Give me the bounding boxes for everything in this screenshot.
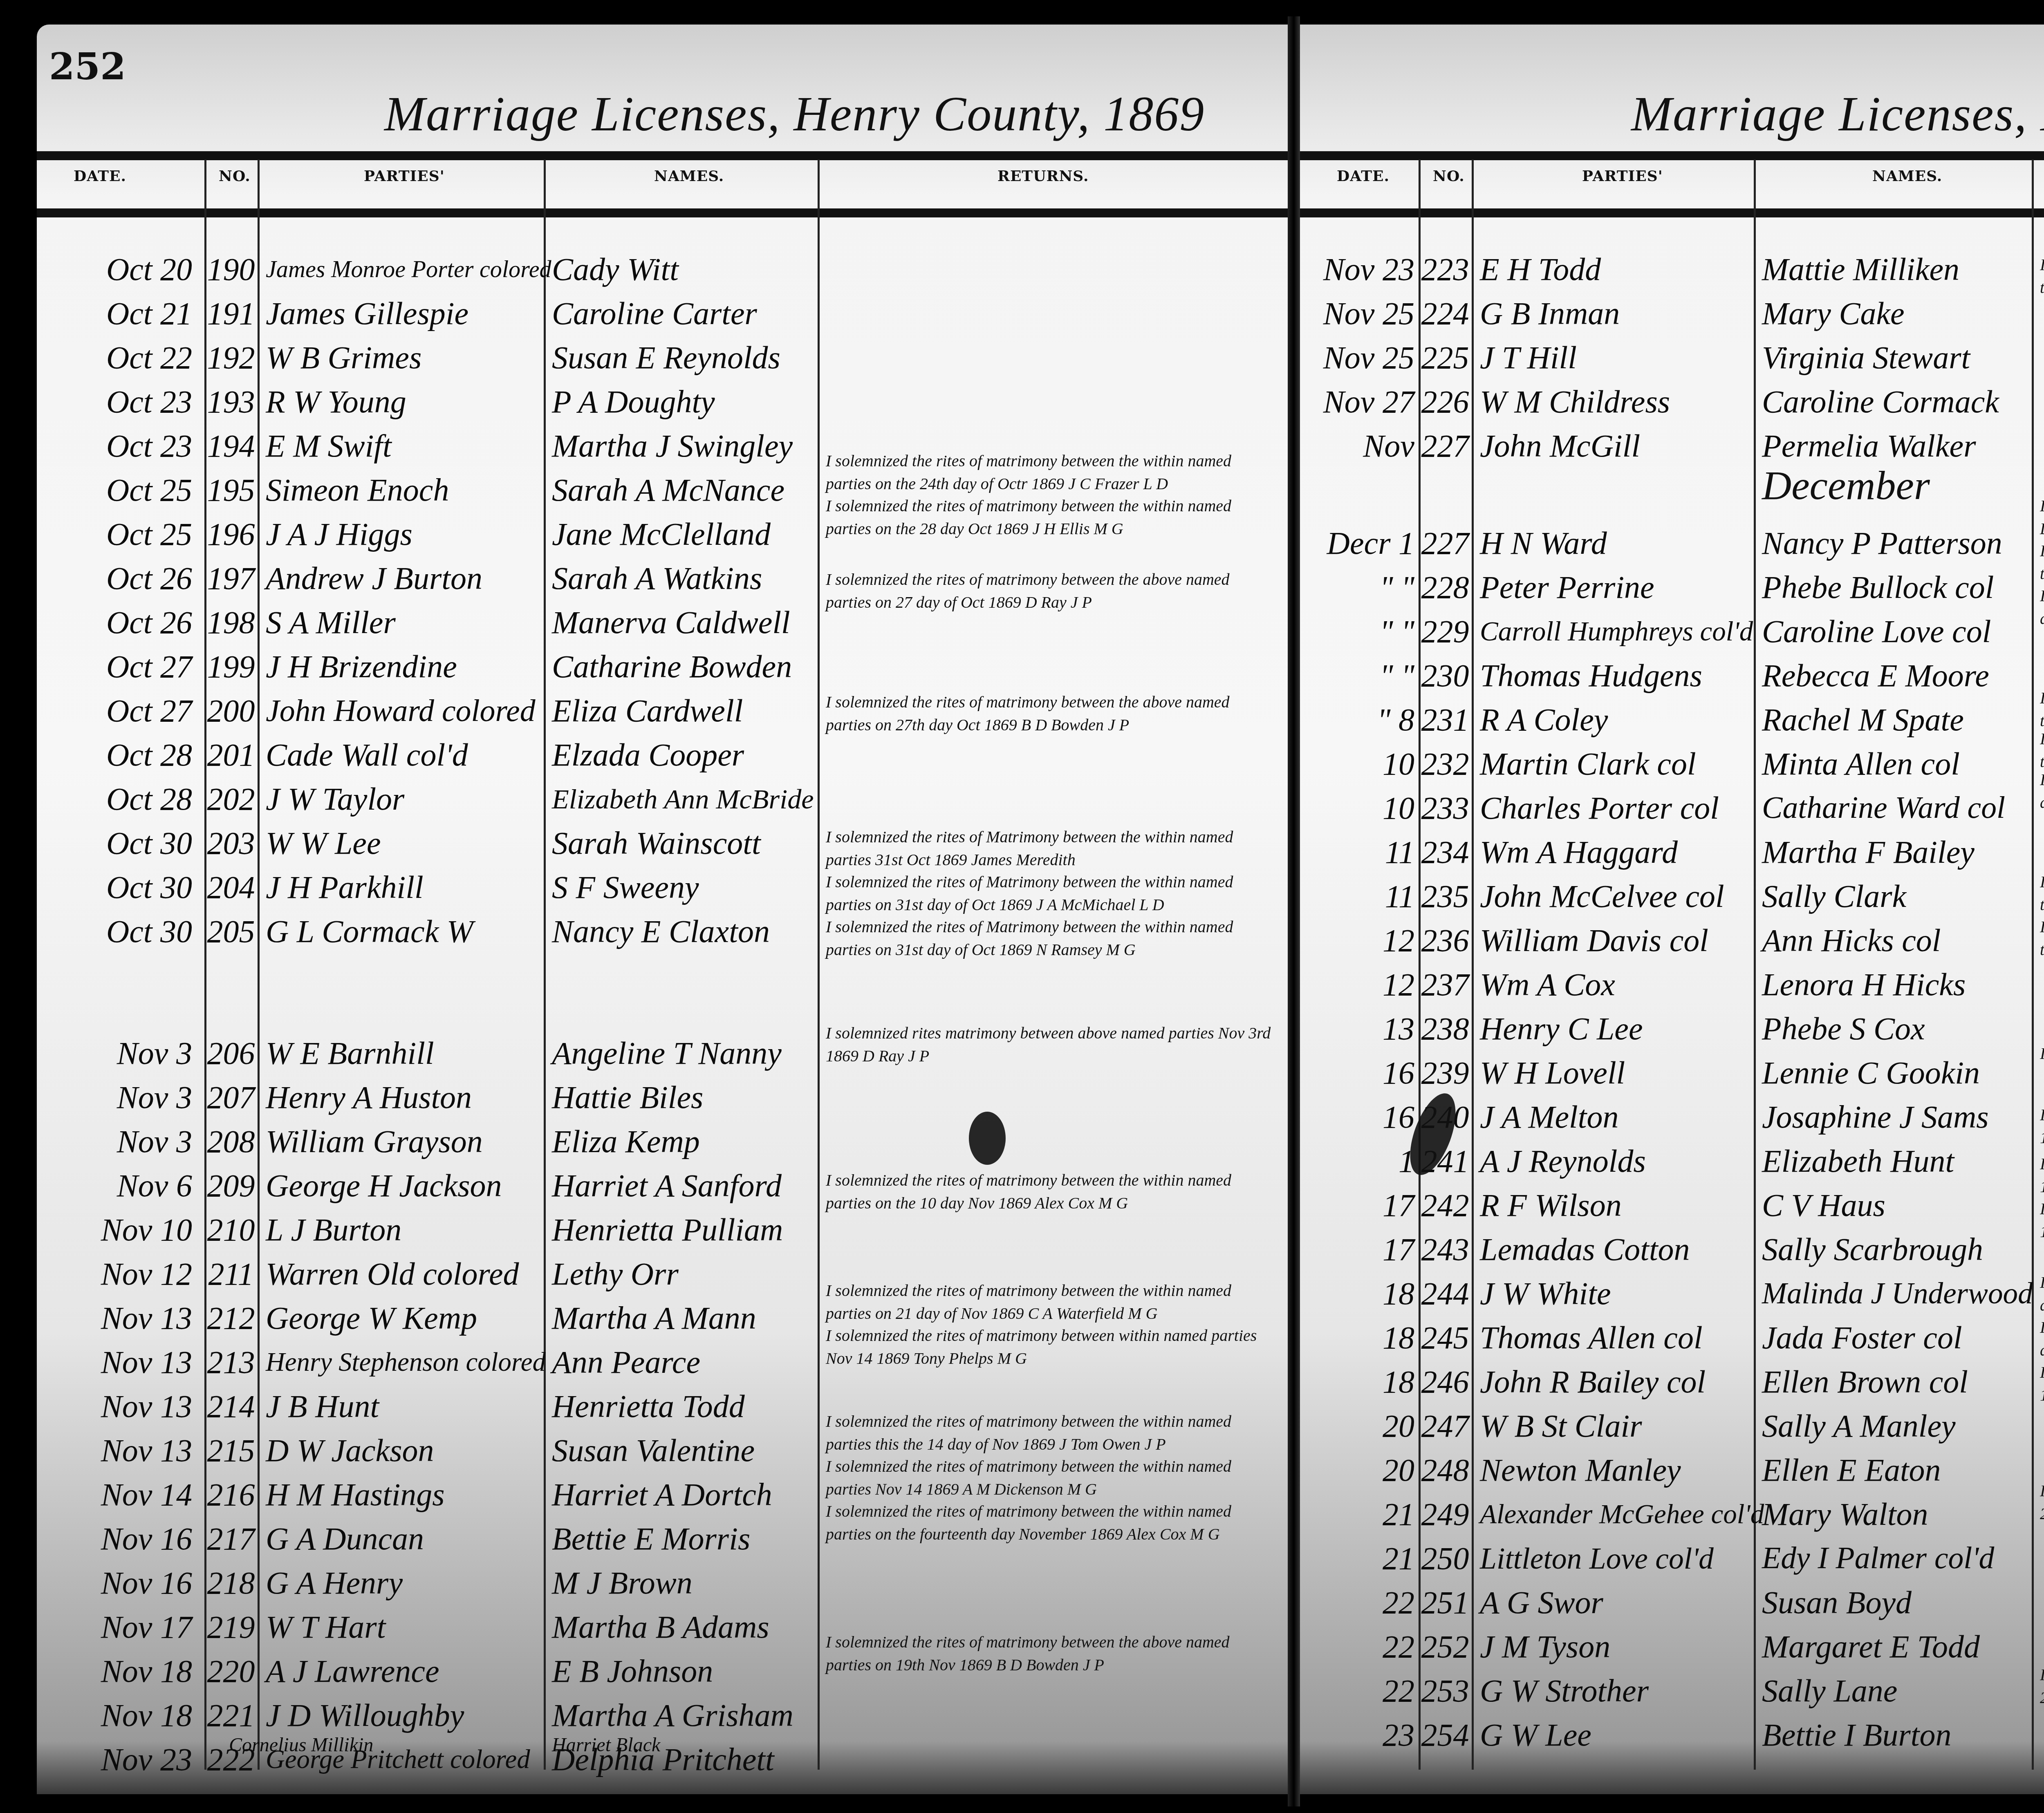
license-number: 227 — [1419, 519, 1472, 567]
bride-name: Susan Boyd — [1762, 1578, 2032, 1627]
license-number: 207 — [204, 1073, 258, 1121]
party-name: Littleton Love col'd — [1480, 1534, 1754, 1582]
license-number: 218 — [204, 1559, 258, 1607]
bride-name: Catharine Bowden — [552, 642, 818, 691]
license-number: 227 — [1419, 422, 1472, 470]
license-number: 248 — [1419, 1446, 1472, 1494]
party-name: W H Lovell — [1480, 1049, 1754, 1097]
license-number: 224 — [1419, 289, 1472, 338]
party-name: W E Barnhill — [266, 1029, 544, 1077]
entry-date: 18 — [1300, 1358, 1414, 1406]
bride-name: Ellen E Eaton — [1762, 1446, 2032, 1494]
party-name: Henry Stephenson colored — [266, 1338, 544, 1386]
bride-name: Minta Allen col — [1762, 740, 2032, 788]
return-note: I solemnized the rites of Matrimony betw… — [2040, 871, 2044, 916]
bride-name: Eliza Cardwell — [552, 687, 818, 735]
entry-date: 21 — [1300, 1534, 1414, 1582]
return-note: I solemnized the rites of matrimony betw… — [826, 691, 1275, 736]
entry-date: Oct 26 — [41, 554, 192, 602]
license-number: 197 — [204, 554, 258, 602]
entry-date: Nov 23 — [1300, 245, 1414, 293]
license-number: 213 — [204, 1338, 258, 1386]
table-row: " "229Carroll Humphreys col'dCaroline Lo… — [1300, 607, 2044, 656]
license-number: 208 — [204, 1117, 258, 1166]
right-page: 253 Marriage Licenses, Henry County, 186… — [1300, 25, 2044, 1794]
bride-name: Ann Pearce — [552, 1338, 818, 1386]
entry-date: Nov 3 — [41, 1029, 192, 1077]
license-number: 193 — [204, 378, 258, 426]
entry-date: Nov 25 — [1300, 289, 1414, 338]
entry-date: 11 — [1300, 828, 1414, 876]
party-name: Warren Old colored — [266, 1250, 544, 1298]
table-row: " 8231R A ColeyRachel M Spate — [1300, 696, 2044, 744]
party-name: G A Henry — [266, 1559, 544, 1607]
entry-date: 22 — [1300, 1623, 1414, 1671]
return-note: I solemnized the rites of Matrimony betw… — [2040, 495, 2044, 540]
party-name: Newton Manley — [1480, 1446, 1754, 1494]
license-number: 232 — [1419, 740, 1472, 788]
return-note: I solemnized the rites of Matrimony betw… — [2040, 253, 2044, 299]
table-row: Oct 22192W B GrimesSusan E Reynolds — [37, 334, 1288, 382]
entry-date: Oct 23 — [41, 422, 192, 470]
header-rule-bottom — [37, 208, 1288, 217]
page-title: Marriage Licenses, Henry County, 1869 — [1631, 86, 2044, 142]
party-name: W M Childress — [1480, 378, 1754, 426]
party-name: Henry A Huston — [266, 1073, 544, 1121]
return-note: I solemnized the rites of matrimony betw… — [2040, 1479, 2044, 1525]
party-name: H M Hastings — [266, 1471, 544, 1519]
column-header-names: NAMES. — [1872, 168, 1942, 185]
table-row: Nov 23223E H ToddMattie Milliken — [1300, 245, 2044, 293]
bride-name: Cady Witt — [552, 245, 818, 293]
party-name: J W Taylor — [266, 775, 544, 823]
return-note: I solemnized rites matrimony between abo… — [826, 1022, 1275, 1068]
return-note: I solemnized the rites of matrimony betw… — [826, 568, 1275, 614]
party-name: John R Bailey col — [1480, 1358, 1754, 1406]
entry-date: Oct 27 — [41, 642, 192, 691]
entry-date: Oct 28 — [41, 775, 192, 823]
party-name: S A Miller — [266, 598, 544, 647]
return-note: I solemnized the rites of Matrimony — [2040, 1042, 2044, 1065]
party-name: George H Jackson — [266, 1162, 544, 1210]
license-number: 242 — [1419, 1181, 1472, 1229]
license-number: 203 — [204, 819, 258, 867]
table-row: Nov 16218G A HenryM J Brown — [37, 1559, 1288, 1607]
entry-date: Nov 25 — [1300, 334, 1414, 382]
license-number: 247 — [1419, 1402, 1472, 1450]
table-row: 22253G W StrotherSally Lane — [1300, 1667, 2044, 1715]
entry-date: Nov 17 — [41, 1603, 192, 1651]
license-number: 201 — [204, 731, 258, 779]
bride-name: Elizabeth Ann McBride — [552, 775, 818, 823]
table-row: 11235John McCelvee colSally Clark — [1300, 872, 2044, 920]
entry-date: 18 — [1300, 1314, 1414, 1362]
bride-name: Permelia Walker — [1762, 422, 2032, 470]
party-name: W B St Clair — [1480, 1402, 1754, 1450]
entry-date: 12 — [1300, 916, 1414, 965]
entry-date: Oct 30 — [41, 863, 192, 911]
bride-name: Sarah A McNance — [552, 466, 818, 514]
entry-date: 10 — [1300, 784, 1414, 832]
bride-name: Sally A Manley — [1762, 1402, 2032, 1450]
party-name: G W Strother — [1480, 1667, 1754, 1715]
column-header-date: DATE. — [74, 168, 126, 185]
table-row: 22251A G SworSusan Boyd — [1300, 1578, 2044, 1627]
entry-date: Nov 6 — [41, 1162, 192, 1210]
license-number: 234 — [1419, 828, 1472, 876]
table-row: Nov 3207Henry A HustonHattie Biles — [37, 1073, 1288, 1121]
bride-name: Mattie Milliken — [1762, 245, 2032, 293]
table-row: Nov227John McGillPermelia Walker — [1300, 422, 2044, 470]
party-name: A J Reynolds — [1480, 1137, 1754, 1185]
party-name: J M Tyson — [1480, 1623, 1754, 1671]
party-name: Andrew J Burton — [266, 554, 544, 602]
entry-date: Nov 16 — [41, 1559, 192, 1607]
column-header-names: NAMES. — [654, 168, 724, 185]
bride-name: Sally Lane — [1762, 1667, 2032, 1715]
bride-name: Phebe Bullock col — [1762, 563, 2032, 611]
license-number: 233 — [1419, 784, 1472, 832]
license-number: 195 — [204, 466, 258, 514]
entry-date: Oct 30 — [41, 819, 192, 867]
license-number: 214 — [204, 1382, 258, 1430]
bride-name: Jada Foster col — [1762, 1314, 2032, 1362]
bride-name: E B Johnson — [552, 1647, 818, 1695]
bride-name: C V Haus — [1762, 1181, 2032, 1229]
entry-date: " " — [1300, 607, 1414, 656]
license-number: 249 — [1419, 1490, 1472, 1538]
entry-date: 18 — [1300, 1269, 1414, 1318]
license-number: 245 — [1419, 1314, 1472, 1362]
return-note: I solemnized the rites of matrimony betw… — [826, 1410, 1275, 1456]
party-name: Thomas Allen col — [1480, 1314, 1754, 1362]
party-name: D W Jackson — [266, 1426, 544, 1475]
bride-name: Henrietta Todd — [552, 1382, 818, 1430]
return-note: I solemnized the rites of matrimony betw… — [826, 1500, 1275, 1546]
entry-date: Nov 23 — [41, 1735, 192, 1784]
table-row: 11234Wm A HaggardMartha F Bailey — [1300, 828, 2044, 876]
header-rule-bottom — [1300, 208, 2044, 217]
page-number: 252 — [49, 45, 126, 88]
return-note: I solemnized the rites of matrimony betw… — [2040, 727, 2044, 773]
column-header-returns: RETURNS. — [997, 168, 1089, 185]
bride-name: Martha A Grisham — [552, 1691, 818, 1739]
entry-date: 17 — [1300, 1225, 1414, 1274]
footer-note-party: Cornelius Millikin — [229, 1733, 373, 1757]
return-note: I solemnized the rites of Matrimony betw… — [2040, 915, 2044, 961]
party-name: Simeon Enoch — [266, 466, 544, 514]
bride-name: Catharine Ward col — [1762, 784, 2032, 832]
license-number: 212 — [204, 1294, 258, 1342]
license-number: 226 — [1419, 378, 1472, 426]
return-note: I solemnized the Rites of Matrimony betw… — [2040, 1361, 2044, 1407]
entry-date: Nov 13 — [41, 1426, 192, 1475]
bride-name: Manerva Caldwell — [552, 598, 818, 647]
bride-name: Martha A Mann — [552, 1294, 818, 1342]
party-name: James Monroe Porter colored — [266, 245, 544, 293]
table-row: 20248Newton ManleyEllen E Eaton — [1300, 1446, 2044, 1494]
table-row: Oct 28201Cade Wall col'dElzada Cooper — [37, 731, 1288, 779]
bride-name: Bettie I Burton — [1762, 1711, 2032, 1759]
license-number: 246 — [1419, 1358, 1472, 1406]
party-name: A J Lawrence — [266, 1647, 544, 1695]
bride-name: Susan E Reynolds — [552, 334, 818, 382]
entry-date: " 8 — [1300, 696, 1414, 744]
entry-date: Nov 18 — [41, 1691, 192, 1739]
bride-name: Caroline Carter — [552, 289, 818, 338]
entry-date: Nov 13 — [41, 1294, 192, 1342]
bride-name: Caroline Love col — [1762, 607, 2032, 656]
license-number: 202 — [204, 775, 258, 823]
license-number: 251 — [1419, 1578, 1472, 1627]
party-name: J A J Higgs — [266, 510, 544, 558]
bride-name: Lethy Orr — [552, 1250, 818, 1298]
table-row: 16240J A MeltonJosaphine J Sams — [1300, 1093, 2044, 1141]
entry-date: Nov 12 — [41, 1250, 192, 1298]
entry-date: 22 — [1300, 1578, 1414, 1627]
party-name: Cade Wall col'd — [266, 731, 544, 779]
return-note: I solemnized the rites of Matrimony betw… — [826, 915, 1275, 961]
return-note: I solemnized the Rites matrimony between… — [2040, 1153, 2044, 1198]
party-name: H N Ward — [1480, 519, 1754, 567]
table-row: 22252J M TysonMargaret E Todd — [1300, 1623, 2044, 1671]
party-name: William Grayson — [266, 1117, 544, 1166]
party-name: E H Todd — [1480, 245, 1754, 293]
return-note: I solemnized the rites of matrimony betw… — [2040, 687, 2044, 732]
party-name: J H Parkhill — [266, 863, 544, 911]
license-number: 200 — [204, 687, 258, 735]
table-row: Nov 3208William GraysonEliza Kemp — [37, 1117, 1288, 1166]
header-rule-top — [37, 151, 1288, 160]
entry-date: Nov 13 — [41, 1382, 192, 1430]
license-number: 244 — [1419, 1269, 1472, 1318]
party-name: John McCelvee col — [1480, 872, 1754, 920]
entry-date: Oct 25 — [41, 466, 192, 514]
table-row: Nov 25224G B InmanMary Cake — [1300, 289, 2044, 338]
license-number: 204 — [204, 863, 258, 911]
entry-date: Oct 21 — [41, 289, 192, 338]
entry-date: " " — [1300, 651, 1414, 700]
entry-date: 16 — [1300, 1093, 1414, 1141]
license-number: 237 — [1419, 960, 1472, 1009]
column-header-parties: PARTIES' — [1582, 168, 1663, 185]
table-row: 17243Lemadas CottonSally Scarbrough — [1300, 1225, 2044, 1274]
table-row: Decr 1227H N WardNancy P Patterson — [1300, 519, 2044, 567]
party-name: Martin Clark col — [1480, 740, 1754, 788]
license-number: 250 — [1419, 1534, 1472, 1582]
left-page: 252 Marriage Licenses, Henry County, 186… — [37, 25, 1288, 1794]
bride-name: Lennie C Gookin — [1762, 1049, 2032, 1097]
party-name: A G Swor — [1480, 1578, 1754, 1627]
party-name: Henry C Lee — [1480, 1005, 1754, 1053]
party-name: R A Coley — [1480, 696, 1754, 744]
license-number: 209 — [204, 1162, 258, 1210]
party-name: Lemadas Cotton — [1480, 1225, 1754, 1274]
table-row: 18246John R Bailey colEllen Brown col — [1300, 1358, 2044, 1406]
table-row: 10233Charles Porter colCatharine Ward co… — [1300, 784, 2044, 832]
book-gutter — [1288, 16, 1300, 1806]
party-name: G L Cormack W — [266, 907, 544, 956]
entry-date: Nov 18 — [41, 1647, 192, 1695]
party-name: Charles Porter col — [1480, 784, 1754, 832]
bride-name: Rachel M Spate — [1762, 696, 2032, 744]
party-name: James Gillespie — [266, 289, 544, 338]
license-number: 231 — [1419, 696, 1472, 744]
party-name: William Davis col — [1480, 916, 1754, 965]
table-row: " "230Thomas HudgensRebecca E Moore — [1300, 651, 2044, 700]
license-number: 211 — [204, 1250, 258, 1298]
bride-name: S F Sweeny — [552, 863, 818, 911]
return-note: I solemnized the rites of matrimony betw… — [826, 1169, 1275, 1215]
entry-date: 10 — [1300, 740, 1414, 788]
footer-note-name: Harriet Black — [552, 1733, 660, 1757]
entry-date: 11 — [1300, 872, 1414, 920]
entry-date: Oct 30 — [41, 907, 192, 956]
return-note: I solemnized rites matrimony between wit… — [2040, 1316, 2044, 1362]
entry-date: Oct 22 — [41, 334, 192, 382]
bride-name: Hattie Biles — [552, 1073, 818, 1121]
bride-name: Malinda J Underwood — [1762, 1269, 2032, 1318]
party-name: E M Swift — [266, 422, 544, 470]
bride-name: Martha F Bailey — [1762, 828, 2032, 876]
party-name: L J Burton — [266, 1206, 544, 1254]
table-row: Nov 18221J D WilloughbyMartha A Grisham — [37, 1691, 1288, 1739]
table-row: 21250Littleton Love col'dEdy I Palmer co… — [1300, 1534, 2044, 1582]
table-row: Nov 23222George Pritchett coloredDelphia… — [37, 1735, 1288, 1784]
return-note: I solemnized the rites of matrimony betw… — [2040, 1271, 2044, 1317]
entry-date: Oct 25 — [41, 510, 192, 558]
entry-date: Nov 13 — [41, 1338, 192, 1386]
table-row: 20247W B St ClairSally A Manley — [1300, 1402, 2044, 1450]
entry-date: Nov — [1300, 422, 1414, 470]
entry-date: 16 — [1300, 1049, 1414, 1097]
entry-date: Decr 1 — [1300, 519, 1414, 567]
license-number: 216 — [204, 1471, 258, 1519]
bride-name: Phebe S Cox — [1762, 1005, 2032, 1053]
entry-date: 22 — [1300, 1667, 1414, 1715]
party-name: W T Hart — [266, 1603, 544, 1651]
table-row: 16239W H LovellLennie C Gookin — [1300, 1049, 2044, 1097]
party-name: J D Willoughby — [266, 1691, 544, 1739]
party-name: W B Grimes — [266, 334, 544, 382]
table-row: Oct 23193R W YoungP A Doughty — [37, 378, 1288, 426]
license-number: 223 — [1419, 245, 1472, 293]
license-number: 192 — [204, 334, 258, 382]
party-name: John Howard colored — [266, 687, 544, 735]
bride-name: Edy I Palmer col'd — [1762, 1534, 2032, 1582]
party-name: J H Brizendine — [266, 642, 544, 691]
bride-name: Harriet A Sanford — [552, 1162, 818, 1210]
table-row: 10232Martin Clark colMinta Allen col — [1300, 740, 2044, 788]
party-name: J W White — [1480, 1269, 1754, 1318]
bride-name: Jane McClelland — [552, 510, 818, 558]
license-number: 254 — [1419, 1711, 1472, 1759]
bride-name: Henrietta Pulliam — [552, 1206, 818, 1254]
party-name: G A Duncan — [266, 1515, 544, 1563]
bride-name: Virginia Stewart — [1762, 334, 2032, 382]
bride-name: Ellen Brown col — [1762, 1358, 2032, 1406]
bride-name: Mary Walton — [1762, 1490, 2032, 1538]
bride-name: Josaphine J Sams — [1762, 1093, 2032, 1141]
bride-name: P A Doughty — [552, 378, 818, 426]
license-number: 217 — [204, 1515, 258, 1563]
bride-name: Caroline Cormack — [1762, 378, 2032, 426]
bride-name: Harriet A Dortch — [552, 1471, 818, 1519]
bride-name: Nancy E Claxton — [552, 907, 818, 956]
bride-name: Martha B Adams — [552, 1603, 818, 1651]
table-row: Nov 27226W M ChildressCaroline Cormack — [1300, 378, 2044, 426]
bride-name: Nancy P Patterson — [1762, 519, 2032, 567]
party-name: John McGill — [1480, 422, 1754, 470]
bride-name: Eliza Kemp — [552, 1117, 818, 1166]
entry-date: Oct 28 — [41, 731, 192, 779]
return-note: I solemnized the rites of matrimony betw… — [2040, 1663, 2044, 1709]
entry-date: 20 — [1300, 1446, 1414, 1494]
license-number: 206 — [204, 1029, 258, 1077]
return-note: I solemnized the rites of Matrimony betw… — [826, 826, 1275, 871]
table-row: Oct 27199J H BrizendineCatharine Bowden — [37, 642, 1288, 691]
return-note: I solemnized the rites of Matrimony betw… — [826, 871, 1275, 916]
entry-date: 1 — [1300, 1137, 1414, 1185]
license-number: 228 — [1419, 563, 1472, 611]
license-number: 210 — [204, 1206, 258, 1254]
entry-date: 12 — [1300, 960, 1414, 1009]
entry-date: " " — [1300, 563, 1414, 611]
license-number: 198 — [204, 598, 258, 647]
party-name: Wm A Haggard — [1480, 828, 1754, 876]
party-name: Thomas Hudgens — [1480, 651, 1754, 700]
license-number: 205 — [204, 907, 258, 956]
party-name: J B Hunt — [266, 1382, 544, 1430]
license-number: 215 — [204, 1426, 258, 1475]
bride-name: Sally Scarbrough — [1762, 1225, 2032, 1274]
bride-name: Martha J Swingley — [552, 422, 818, 470]
table-row: 12236William Davis colAnn Hicks col — [1300, 916, 2044, 965]
table-row: 21249Alexander McGehee col'dMary Walton — [1300, 1490, 2044, 1538]
entry-date: Oct 27 — [41, 687, 192, 735]
bride-name: Margaret E Todd — [1762, 1623, 2032, 1671]
table-row: 13238Henry C LeePhebe S Cox — [1300, 1005, 2044, 1053]
entry-date: Oct 20 — [41, 245, 192, 293]
party-name: J A Melton — [1480, 1093, 1754, 1141]
license-number: 235 — [1419, 872, 1472, 920]
bride-name: Rebecca E Moore — [1762, 651, 2032, 700]
entry-date: Nov 27 — [1300, 378, 1414, 426]
bride-name: Angeline T Nanny — [552, 1029, 818, 1077]
bride-name: Lenora H Hicks — [1762, 960, 2032, 1009]
table-row: Nov 25225J T HillVirginia Stewart — [1300, 334, 2044, 382]
license-number: 220 — [204, 1647, 258, 1695]
ledger-spread: 252 Marriage Licenses, Henry County, 186… — [0, 0, 2044, 1813]
party-name: G W Lee — [1480, 1711, 1754, 1759]
license-number: 252 — [1419, 1623, 1472, 1671]
party-name: W W Lee — [266, 819, 544, 867]
license-number: 230 — [1419, 651, 1472, 700]
entry-date: Oct 26 — [41, 598, 192, 647]
license-number: 236 — [1419, 916, 1472, 965]
license-number: 191 — [204, 289, 258, 338]
header-rule-top — [1300, 151, 2044, 160]
bride-name: Sarah Wainscott — [552, 819, 818, 867]
return-note: I solemnized the rites of matrimony betw… — [826, 1631, 1275, 1676]
entry-date: 13 — [1300, 1005, 1414, 1053]
entry-date: 20 — [1300, 1402, 1414, 1450]
party-name: J T Hill — [1480, 334, 1754, 382]
table-row: Oct 21191James GillespieCaroline Carter — [37, 289, 1288, 338]
column-header-parties: PARTIES' — [364, 168, 445, 185]
license-number: 243 — [1419, 1225, 1472, 1274]
bride-name: Ann Hicks col — [1762, 916, 2032, 965]
